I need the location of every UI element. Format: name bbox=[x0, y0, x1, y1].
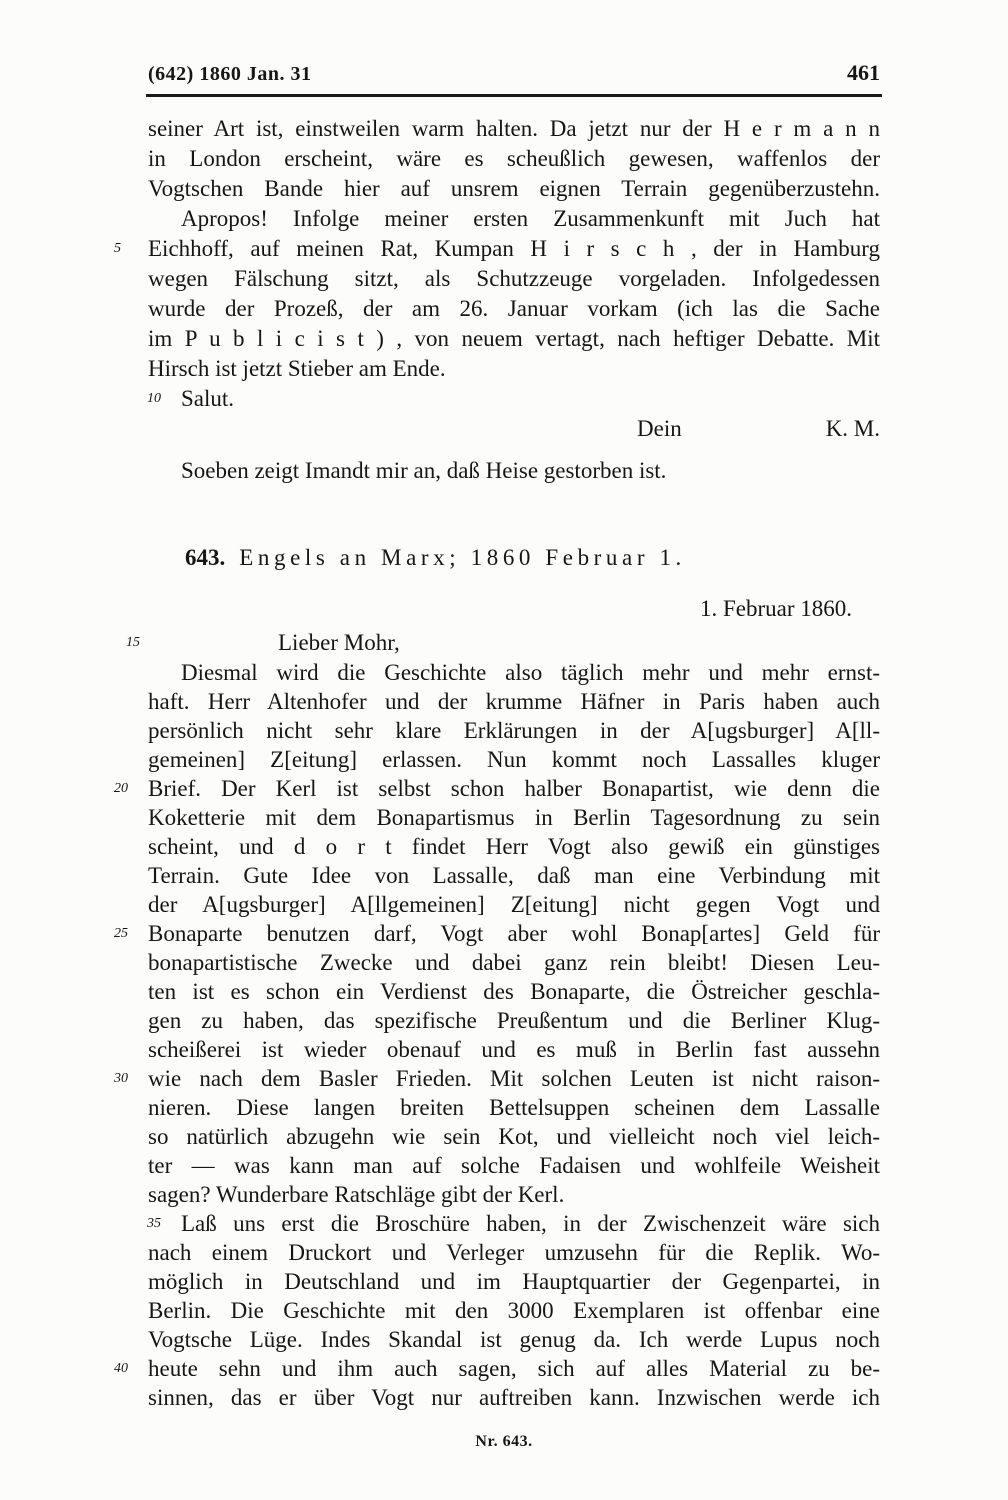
text-line: sinnen, das er über Vogt nur auftreiben … bbox=[148, 1383, 880, 1412]
closing-initials: K. M. bbox=[826, 414, 880, 444]
page-footer: Nr. 643. bbox=[0, 1433, 1008, 1451]
margin-line-number: 10 bbox=[114, 390, 140, 408]
line-text: Apropos! Infolge meiner ersten Zusammenk… bbox=[181, 206, 880, 231]
text-line: in London erscheint, wäre es scheußlich … bbox=[148, 144, 880, 174]
text-line: haft. Herr Altenhofer und der krumme Häf… bbox=[148, 687, 880, 716]
text-line: so natürlich abzugehn wie sein Kot, und … bbox=[148, 1122, 880, 1151]
text-line: wegen Fälschung sitzt, als Schutzzeuge v… bbox=[148, 264, 880, 294]
text-line: Vogtschen Bande hier auf unsrem eignen T… bbox=[148, 174, 880, 204]
text-line: 40heute sehn und ihm auch sagen, sich au… bbox=[148, 1354, 880, 1383]
line-text: Eichhoff, auf meinen Rat, Kumpan H i r s… bbox=[148, 236, 880, 261]
line-text: der A[ugsburger] A[llgemeinen] Z[eitung]… bbox=[148, 892, 880, 917]
page-header: (642) 1860 Jan. 31 461 bbox=[148, 60, 880, 86]
text-line: bonapartistische Zwecke und dabei ganz r… bbox=[148, 948, 880, 977]
line-text: nieren. Diese langen breiten Bettelsuppe… bbox=[148, 1095, 880, 1120]
line-text: Terrain. Gute Idee von Lassalle, daß man… bbox=[148, 863, 880, 888]
line-text: Diesmal wird die Geschichte also täglich… bbox=[181, 660, 880, 685]
text-line: 10Salut. bbox=[148, 384, 880, 414]
letter-642-body: seiner Art ist, einstweilen warm halten.… bbox=[148, 114, 880, 414]
line-text: persönlich nicht sehr klare Erklärungen … bbox=[148, 718, 880, 743]
line-text: im P u b l i c i s t ) , von neuem verta… bbox=[148, 326, 880, 351]
letter-title: Engels an Marx; 1860 Februar 1. bbox=[239, 545, 686, 570]
line-text: bonapartistische Zwecke und dabei ganz r… bbox=[148, 950, 880, 975]
letter-643-heading: 643.Engels an Marx; 1860 Februar 1. bbox=[148, 542, 880, 574]
text-line: Vogtsche Lüge. Indes Skandal ist genug d… bbox=[148, 1325, 880, 1354]
line-text: sinnen, das er über Vogt nur auftreiben … bbox=[148, 1385, 880, 1410]
line-text: Hirsch ist jetzt Stieber am Ende. bbox=[148, 356, 446, 381]
book-page: (642) 1860 Jan. 31 461 seiner Art ist, e… bbox=[0, 0, 1008, 1500]
text-line: persönlich nicht sehr klare Erklärungen … bbox=[148, 716, 880, 745]
letter-642-closing: Dein K. M. bbox=[148, 414, 880, 444]
text-line: gemeinen] Z[eitung] erlassen. Nun kommt … bbox=[148, 745, 880, 774]
running-head: (642) 1860 Jan. 31 bbox=[148, 63, 311, 86]
line-text: Brief. Der Kerl ist selbst schon halber … bbox=[148, 776, 880, 801]
page-number: 461 bbox=[847, 60, 880, 86]
letter-643-body: Diesmal wird die Geschichte also täglich… bbox=[148, 658, 880, 1412]
line-text: Berlin. Die Geschichte mit den 3000 Exem… bbox=[148, 1298, 880, 1323]
salutation-text: Lieber Mohr, bbox=[278, 630, 400, 655]
text-line: wurde der Prozeß, der am 26. Januar vork… bbox=[148, 294, 880, 324]
line-text: Bonaparte benutzen darf, Vogt aber wohl … bbox=[148, 921, 880, 946]
margin-line-number: 20 bbox=[114, 780, 140, 798]
line-text: in London erscheint, wäre es scheußlich … bbox=[148, 146, 880, 171]
letter-643-date: 1. Februar 1860. bbox=[148, 594, 880, 624]
text-line: ter — was kann man auf solche Fadaisen u… bbox=[148, 1151, 880, 1180]
text-line: 5Eichhoff, auf meinen Rat, Kumpan H i r … bbox=[148, 234, 880, 264]
margin-line-number: 25 bbox=[114, 925, 140, 943]
text-line: im P u b l i c i s t ) , von neuem verta… bbox=[148, 324, 880, 354]
line-text: möglich in Deutschland und im Hauptquart… bbox=[148, 1269, 880, 1294]
line-text: nach einem Druckort und Verleger umzuseh… bbox=[148, 1240, 880, 1265]
text-column: seiner Art ist, einstweilen warm halten.… bbox=[148, 114, 880, 1412]
text-line: Apropos! Infolge meiner ersten Zusammenk… bbox=[148, 204, 880, 234]
text-line: Terrain. Gute Idee von Lassalle, daß man… bbox=[148, 861, 880, 890]
text-line: 20Brief. Der Kerl ist selbst schon halbe… bbox=[148, 774, 880, 803]
margin-line-number: 15 bbox=[114, 634, 140, 652]
text-line: Berlin. Die Geschichte mit den 3000 Exem… bbox=[148, 1296, 880, 1325]
text-line: scheißerei ist wieder obenauf und es muß… bbox=[148, 1035, 880, 1064]
text-line: scheint, und d o r t findet Herr Vogt al… bbox=[148, 832, 880, 861]
line-text: heute sehn und ihm auch sagen, sich auf … bbox=[148, 1356, 880, 1381]
text-line: gen zu haben, das spezifische Preußentum… bbox=[148, 1006, 880, 1035]
line-text: Vogtschen Bande hier auf unsrem eignen T… bbox=[148, 176, 880, 201]
line-text: wie nach dem Basler Frieden. Mit solchen… bbox=[148, 1066, 880, 1091]
text-line: nach einem Druckort und Verleger umzuseh… bbox=[148, 1238, 880, 1267]
text-line: Hirsch ist jetzt Stieber am Ende. bbox=[148, 354, 880, 384]
margin-line-number: 30 bbox=[114, 1070, 140, 1088]
text-line: Diesmal wird die Geschichte also täglich… bbox=[148, 658, 880, 687]
closing-dein: Dein bbox=[637, 414, 682, 444]
line-text: ter — was kann man auf solche Fadaisen u… bbox=[148, 1153, 880, 1178]
margin-line-number: 5 bbox=[114, 240, 140, 258]
text-line: nieren. Diese langen breiten Bettelsuppe… bbox=[148, 1093, 880, 1122]
line-text: Laß uns erst die Broschüre haben, in der… bbox=[181, 1211, 880, 1236]
line-text: gen zu haben, das spezifische Preußentum… bbox=[148, 1008, 880, 1033]
line-text: Koketterie mit dem Bonapartismus in Berl… bbox=[148, 805, 880, 830]
line-text: ten ist es schon ein Verdienst des Bonap… bbox=[148, 979, 880, 1004]
line-text: sagen? Wunderbare Ratschläge gibt der Ke… bbox=[148, 1182, 564, 1207]
text-line: der A[ugsburger] A[llgemeinen] Z[eitung]… bbox=[148, 890, 880, 919]
text-line: 30wie nach dem Basler Frieden. Mit solch… bbox=[148, 1064, 880, 1093]
line-text: scheint, und d o r t findet Herr Vogt al… bbox=[148, 834, 880, 859]
line-text: seiner Art ist, einstweilen warm halten.… bbox=[148, 116, 880, 141]
line-text: so natürlich abzugehn wie sein Kot, und … bbox=[148, 1124, 880, 1149]
line-text: wurde der Prozeß, der am 26. Januar vork… bbox=[148, 296, 880, 321]
text-line: seiner Art ist, einstweilen warm halten.… bbox=[148, 114, 880, 144]
line-text: gemeinen] Z[eitung] erlassen. Nun kommt … bbox=[148, 747, 880, 772]
line-text: haft. Herr Altenhofer und der krumme Häf… bbox=[148, 689, 880, 714]
line-text: Salut. bbox=[181, 386, 234, 411]
text-line: sagen? Wunderbare Ratschläge gibt der Ke… bbox=[148, 1180, 880, 1209]
margin-line-number: 35 bbox=[114, 1215, 140, 1233]
letter-number: 643. bbox=[185, 545, 225, 570]
header-rule bbox=[146, 94, 882, 97]
text-line: 25Bonaparte benutzen darf, Vogt aber woh… bbox=[148, 919, 880, 948]
text-line: ten ist es schon ein Verdienst des Bonap… bbox=[148, 977, 880, 1006]
margin-line-number: 40 bbox=[114, 1360, 140, 1378]
line-text: scheißerei ist wieder obenauf und es muß… bbox=[148, 1037, 880, 1062]
text-line: 35Laß uns erst die Broschüre haben, in d… bbox=[148, 1209, 880, 1238]
text-line: Koketterie mit dem Bonapartismus in Berl… bbox=[148, 803, 880, 832]
line-text: Vogtsche Lüge. Indes Skandal ist genug d… bbox=[148, 1327, 880, 1352]
letter-642-postscript: Soeben zeigt Imandt mir an, daß Heise ge… bbox=[148, 456, 880, 486]
letter-643-salutation: 15 Lieber Mohr, bbox=[148, 628, 880, 658]
text-line: möglich in Deutschland und im Hauptquart… bbox=[148, 1267, 880, 1296]
line-text: wegen Fälschung sitzt, als Schutzzeuge v… bbox=[148, 266, 880, 291]
